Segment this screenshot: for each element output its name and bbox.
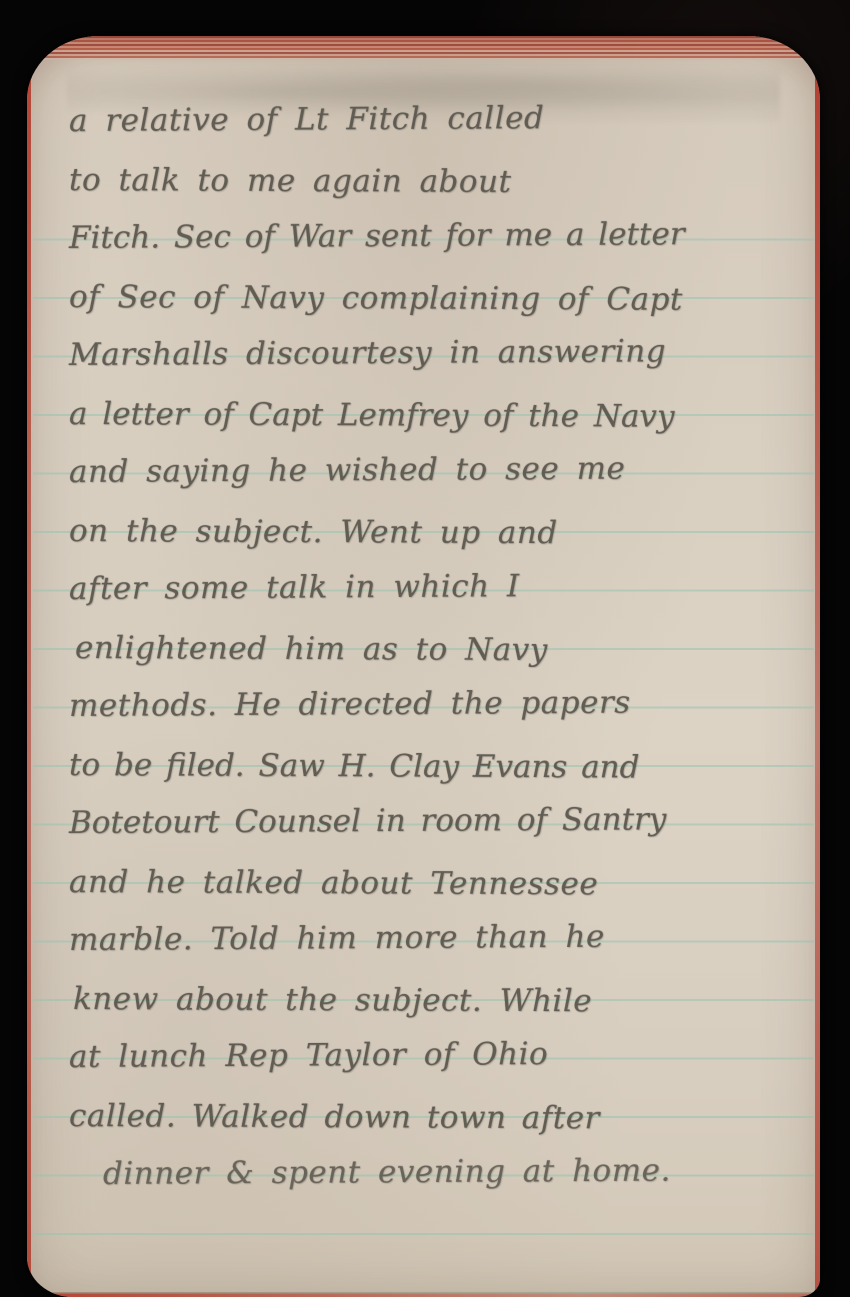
handwriting-line: knew about the subject. While — [73, 970, 802, 1032]
handwriting-line: to be filed. Saw H. Clay Evans and — [69, 736, 802, 798]
handwritten-entry: a relative of Lt Fitch calledto talk to … — [69, 92, 802, 1204]
handwriting-line: Marshalls discourtesy in answering — [69, 322, 802, 385]
handwriting-line: to talk to me again about — [69, 151, 802, 213]
handwriting-line: dinner & spent evening at home. — [103, 1141, 802, 1204]
handwriting-line: Fitch. Sec of War sent for me a letter — [69, 205, 802, 268]
page-stained-right-edge — [815, 50, 820, 1297]
handwriting-line: after some talk in which I — [69, 556, 802, 619]
handwriting-line: called. Walked down town after — [69, 1087, 802, 1149]
page-stack-top-edge — [27, 36, 820, 60]
handwriting-line: and saying he wished to see me — [69, 439, 802, 502]
handwriting-line: a letter of Capt Lemfrey of the Navy — [69, 385, 802, 447]
handwriting-line: marble. Told him more than he — [69, 907, 802, 970]
photo-background: a relative of Lt Fitch calledto talk to … — [0, 0, 850, 1297]
handwriting-line: Botetourt Counsel in room of Santry — [69, 790, 802, 853]
handwriting-line: on the subject. Went up and — [69, 502, 802, 564]
handwriting-line: enlightened him as to Navy — [75, 619, 802, 681]
page-stained-left-edge — [27, 50, 31, 1297]
page-stained-bottom-edge — [27, 1292, 820, 1297]
handwriting-line: at lunch Rep Taylor of Ohio — [69, 1024, 802, 1087]
handwriting-line: and he talked about Tennessee — [69, 853, 802, 915]
notebook-page: a relative of Lt Fitch calledto talk to … — [27, 36, 820, 1297]
handwriting-line: of Sec of Navy complaining of Capt — [69, 268, 802, 330]
handwriting-line: a relative of Lt Fitch called — [69, 88, 802, 151]
handwriting-line: methods. He directed the papers — [69, 673, 802, 736]
